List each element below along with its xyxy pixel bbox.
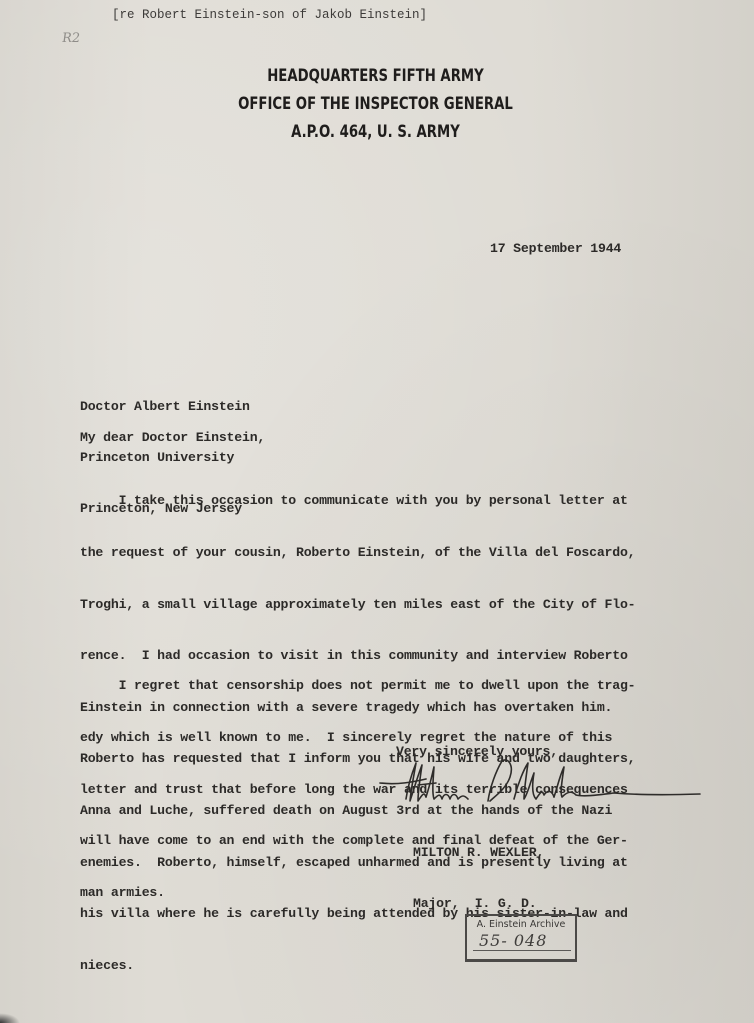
typed-reference-note: [re Robert Einstein-son of Jakob Einstei…	[112, 8, 427, 22]
archive-stamp: A. Einstein Archive 55- 048	[465, 914, 577, 962]
signatory-name: MILTON R. WEXLER,	[413, 844, 544, 861]
body-line: man armies.	[80, 884, 635, 901]
scan-edge-shadow	[0, 1013, 20, 1023]
letterhead-line-hq: HEADQUARTERS FIFTH ARMY	[81, 62, 669, 90]
body-line: I take this occasion to communicate with…	[80, 492, 635, 509]
signatory-block: MILTON R. WEXLER, Major, I. G. D.	[413, 810, 544, 929]
signatory-rank: Major, I. G. D.	[413, 895, 544, 912]
archive-stamp-underline	[473, 950, 571, 951]
body-line: will have come to an end with the comple…	[80, 832, 635, 849]
salutation: My dear Doctor Einstein,	[80, 430, 265, 445]
body-line: I regret that censorship does not permit…	[80, 677, 635, 694]
letter-date: 17 September 1944	[490, 241, 621, 256]
body-line: Troghi, a small village approximately te…	[80, 596, 635, 613]
letterhead-line-office: OFFICE OF THE INSPECTOR GENERAL	[81, 90, 669, 118]
archive-stamp-title: A. Einstein Archive	[467, 919, 575, 930]
pencil-mark: R2	[61, 31, 81, 46]
archive-stamp-number: 55- 048	[479, 931, 547, 950]
recipient-line: Doctor Albert Einstein	[80, 398, 250, 415]
body-line: the request of your cousin, Roberto Eins…	[80, 544, 635, 561]
letterhead-line-apo: A.P.O. 464, U. S. ARMY	[81, 118, 669, 146]
letterhead: HEADQUARTERS FIFTH ARMY OFFICE OF THE IN…	[81, 62, 669, 146]
